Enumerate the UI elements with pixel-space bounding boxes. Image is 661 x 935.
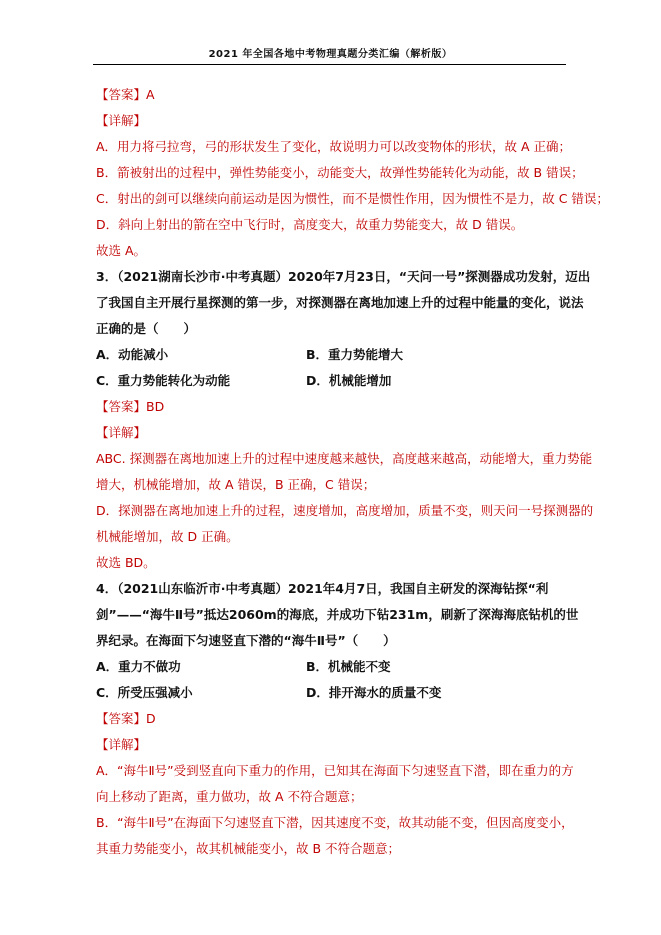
- answer-line-q2: 【答案】A: [96, 82, 568, 108]
- option-cell: C．所受压强减小: [96, 680, 306, 706]
- question-line-q3: 3．（2021湖南长沙市·中考真题）2020年7月23日，“天问一号”探测器成功…: [96, 264, 568, 290]
- answer-line-q4: 【答案】D: [96, 706, 568, 732]
- question-line-q3: 正确的是（ ）: [96, 316, 568, 342]
- explain-line: ABC. 探测器在离地加速上升的过程中速度越来越快，高度越来越高，动能增大，重力…: [96, 446, 568, 472]
- explain-line: D．探测器在离地加速上升的过程，速度增加，高度增加，质量不变，则天问一号探测器的: [96, 498, 568, 524]
- explain-line: 向上移动了距离，重力做功，故 A 不符合题意；: [96, 784, 568, 810]
- document-page: 2021 年全国各地中考物理真题分类汇编（解析版） 【答案】A【详解】A．用力将…: [0, 0, 661, 935]
- explain-line: 其重力势能变小，故其机械能变小，故 B 不符合题意；: [96, 836, 568, 862]
- explain-line: B．“海牛Ⅱ号”在海面下匀速竖直下潜，因其速度不变，故其动能不变，但因高度变小，: [96, 810, 568, 836]
- question-line-q3: 了我国自主开展行星探测的第一步，对探测器在离地加速上升的过程中能量的变化，说法: [96, 290, 568, 316]
- options-row-q4-ab: A．重力不做功B．机械能不变: [96, 654, 568, 680]
- question-line-q4: 4．（2021山东临沂市·中考真题）2021年4月7日，我国自主研发的深海钻探“…: [96, 576, 568, 602]
- question-line-q4: 剑”——“海牛Ⅱ号”抵达2060m的海底，并成功下钻231m，刷新了深海海底钻机…: [96, 602, 568, 628]
- explain-label-q2: 【详解】: [96, 108, 568, 134]
- answer-line-q3: 【答案】BD: [96, 394, 568, 420]
- explain-label-q4: 【详解】: [96, 732, 568, 758]
- explain-line: A．用力将弓拉弯，弓的形状发生了变化，故说明力可以改变物体的形状，故 A 正确；: [96, 134, 568, 160]
- option-cell: B．重力势能增大: [306, 342, 403, 368]
- options-row-q3-ab: A．动能减小B．重力势能增大: [96, 342, 568, 368]
- option-cell: D．机械能增加: [306, 368, 391, 394]
- conclusion-line-q3: 故选 BD。: [96, 550, 568, 576]
- options-row-q3-cd: C．重力势能转化为动能D．机械能增加: [96, 368, 568, 394]
- explain-label-q3: 【详解】: [96, 420, 568, 446]
- document-title: 2021 年全国各地中考物理真题分类汇编（解析版）: [0, 45, 661, 60]
- explain-line: D．斜向上射出的箭在空中飞行时，高度变大，故重力势能变大，故 D 错误。: [96, 212, 568, 238]
- question-line-q4: 界纪录。在海面下匀速竖直下潜的“海牛Ⅱ号”（ ）: [96, 628, 568, 654]
- option-cell: C．重力势能转化为动能: [96, 368, 306, 394]
- option-cell: A．重力不做功: [96, 654, 306, 680]
- explain-line: C．射出的剑可以继续向前运动是因为惯性，而不是惯性作用，因为惯性不是力，故 C …: [96, 186, 568, 212]
- option-cell: B．机械能不变: [306, 654, 391, 680]
- document-body: 【答案】A【详解】A．用力将弓拉弯，弓的形状发生了变化，故说明力可以改变物体的形…: [96, 82, 568, 862]
- explain-line: 机械能增加，故 D 正确。: [96, 524, 568, 550]
- explain-line: B．箭被射出的过程中，弹性势能变小，动能变大，故弹性势能转化为动能，故 B 错误…: [96, 160, 568, 186]
- conclusion-line-q2: 故选 A。: [96, 238, 568, 264]
- explain-line: A．“海牛Ⅱ号”受到竖直向下重力的作用，已知其在海面下匀速竖直下潜，即在重力的方: [96, 758, 568, 784]
- option-cell: D．排开海水的质量不变: [306, 680, 441, 706]
- explain-line: 增大，机械能增加，故 A 错误，B 正确，C 错误；: [96, 472, 568, 498]
- options-row-q4-cd: C．所受压强减小D．排开海水的质量不变: [96, 680, 568, 706]
- header-rule: [93, 64, 566, 65]
- option-cell: A．动能减小: [96, 342, 306, 368]
